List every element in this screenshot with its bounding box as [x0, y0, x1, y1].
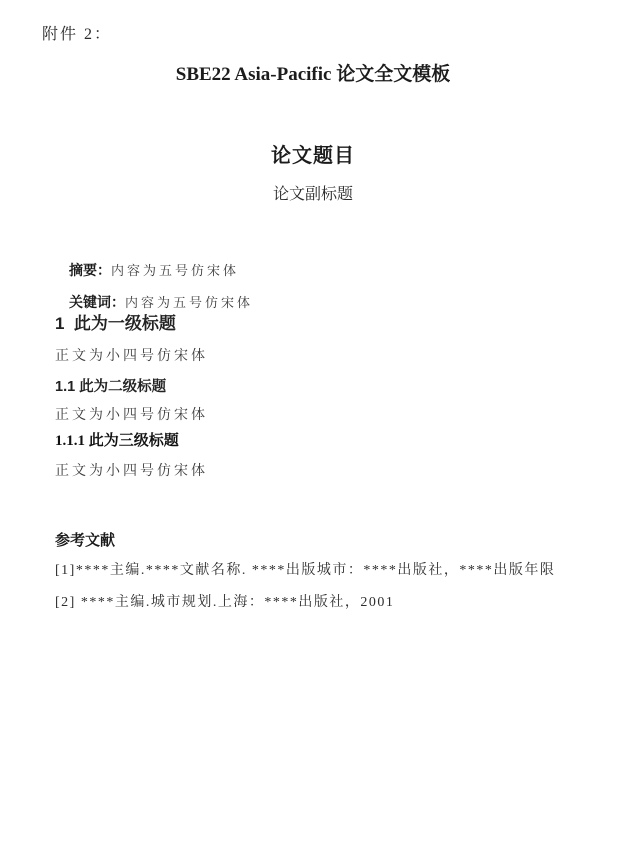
reference-item: [1]****主编.****文献名称. ****出版城市：****出版社，***…: [55, 559, 596, 579]
document-main-title: SBE22 Asia-Pacific 论文全文模板: [0, 59, 626, 86]
body-paragraph: 正文为小四号仿宋体: [55, 460, 596, 480]
attachment-label: 附件 2：: [42, 21, 596, 44]
heading-level-3: 1.1.1 此为三级标题: [55, 429, 596, 450]
paper-title: 论文题目: [0, 139, 626, 168]
body-paragraph: 正文为小四号仿宋体: [55, 404, 596, 424]
body-paragraph: 正文为小四号仿宋体: [55, 345, 596, 365]
keywords-content: 内容为五号仿宋体: [125, 295, 253, 310]
heading-level-1: 1 此为一级标题: [55, 309, 596, 334]
references-heading: 参考文献: [55, 529, 596, 550]
document-page: 附件 2： SBE22 Asia-Pacific 论文全文模板 论文题目 论文副…: [0, 0, 626, 860]
reference-item: [2] ****主编.城市规划.上海：****出版社，2001: [55, 591, 596, 611]
keywords-label: 关键词：: [69, 294, 125, 310]
heading-level-2: 1.1 此为二级标题: [55, 375, 596, 396]
paper-subtitle: 论文副标题: [0, 181, 626, 204]
